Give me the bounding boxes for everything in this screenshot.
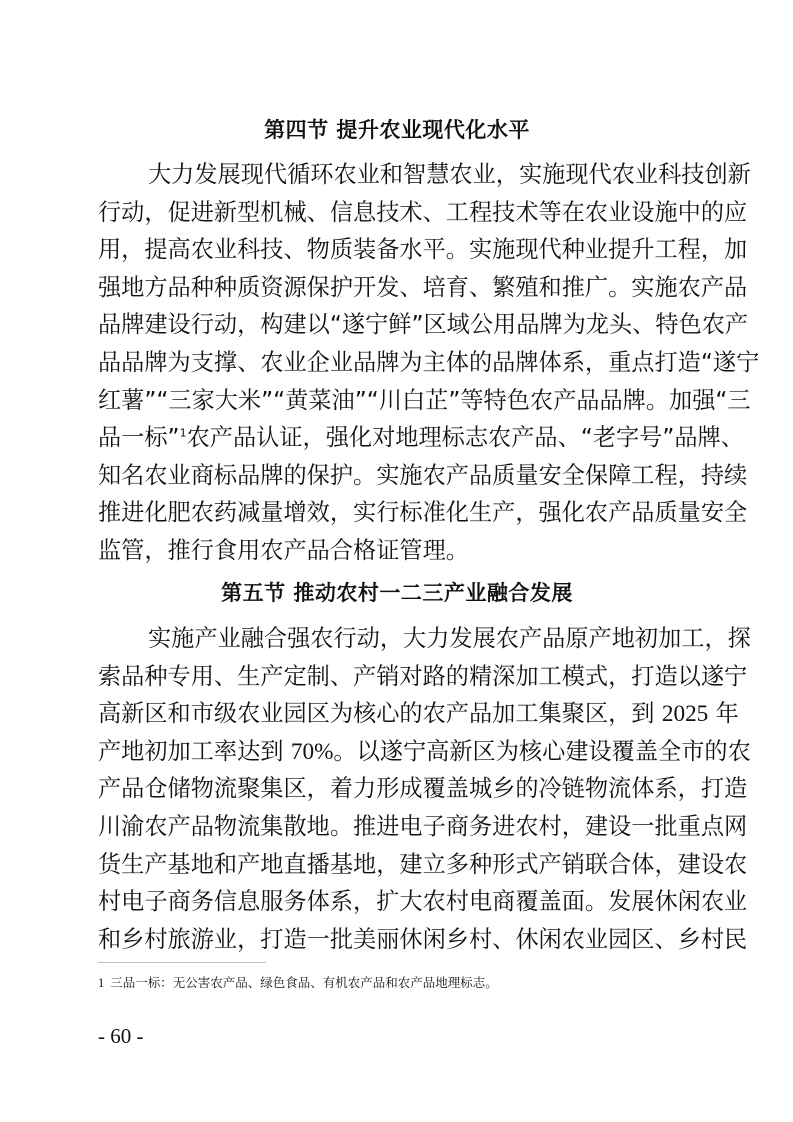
paragraph-line: 实施产业融合强农行动，大力发展农产品原产地初加工，探	[98, 620, 696, 658]
percentage: 70%	[291, 739, 334, 765]
line-text: 农产品认证，强化对地理标志农产品、“老字号”品牌、	[187, 424, 744, 451]
paragraph-line: 推进化肥农药减量增效，实行标准化生产，强化农产品质量安全	[98, 494, 696, 532]
paragraph-line: 产地初加工率达到 70%。以遂宁高新区为核心建设覆盖全市的农	[98, 733, 696, 771]
line-text: 产地初加工率达到	[98, 738, 291, 765]
footnote-divider	[98, 962, 266, 963]
paragraph-line: 行动，促进新型机械、信息技术、工程技术等在农业设施中的应	[98, 194, 696, 232]
paragraph-line: 红薯”“三家大米”“黄菜油”“川白芷”等特色农产品品牌。加强“三	[98, 382, 696, 420]
paragraph-line: 品一标”1农产品认证，强化对地理标志农产品、“老字号”品牌、	[98, 419, 696, 457]
paragraph-line: 村电子商务信息服务体系，扩大农村电商覆盖面。发展休闲农业	[98, 883, 696, 921]
section-title-5: 第五节 推动农村一二三产业融合发展	[98, 578, 696, 608]
footnote-number: 1	[98, 976, 104, 990]
line-text: 。以遂宁高新区为核心建设覆盖全市的农	[333, 738, 750, 765]
page-number: - 60 -	[98, 1022, 144, 1050]
footnote-reference[interactable]: 1	[180, 426, 187, 439]
paragraph-line: 监管，推行食用农产品合格证管理。	[98, 532, 696, 570]
line-text: 品一标”	[98, 424, 180, 451]
paragraph-line: 产品仓储物流聚集区，着力形成覆盖城乡的冷链物流体系，打造	[98, 770, 696, 808]
footnote: 1三品一标：无公害农产品、绿色食品、有机农产品和农产品地理标志。	[98, 973, 498, 993]
paragraph-line: 索品种专用、生产定制、产销对路的精深加工模式，打造以遂宁	[98, 658, 696, 696]
paragraph-line: 品品牌为支撑、农业企业品牌为主体的品牌体系，重点打造“遂宁	[98, 344, 696, 382]
paragraph-line: 货生产基地和产地直播基地，建立多种形式产销联合体，建设农	[98, 846, 696, 884]
paragraph-line: 和乡村旅游业，打造一批美丽休闲乡村、休闲农业园区、乡村民	[98, 921, 696, 959]
paragraph-line: 高新区和市级农业园区为核心的农产品加工集聚区，到 2025 年	[98, 695, 696, 733]
paragraph-line: 强地方品种种质资源保护开发、培育、繁殖和推广。实施农产品	[98, 269, 696, 307]
year-number: 2025	[662, 701, 708, 727]
paragraph-line: 大力发展现代循环农业和智慧农业，实施现代农业科技创新	[98, 156, 696, 194]
line-text: 年	[708, 700, 739, 727]
paragraph-line: 知名农业商标品牌的保护。实施农产品质量安全保障工程，持续	[98, 457, 696, 495]
section-title-4: 第四节 提升农业现代化水平	[98, 115, 696, 145]
paragraph-line: 品牌建设行动，构建以“遂宁鲜”区域公用品牌为龙头、特色农产	[98, 306, 696, 344]
paragraph-line: 用，提高农业科技、物质装备水平。实施现代种业提升工程，加	[98, 231, 696, 269]
line-text: 高新区和市级农业园区为核心的农产品加工集聚区，到	[98, 700, 662, 727]
footnote-text: 三品一标：无公害农产品、绿色食品、有机农产品和农产品地理标志。	[110, 975, 498, 990]
paragraph-line: 川渝农产品物流集散地。推进电子商务进农村，建设一批重点网	[98, 808, 696, 846]
